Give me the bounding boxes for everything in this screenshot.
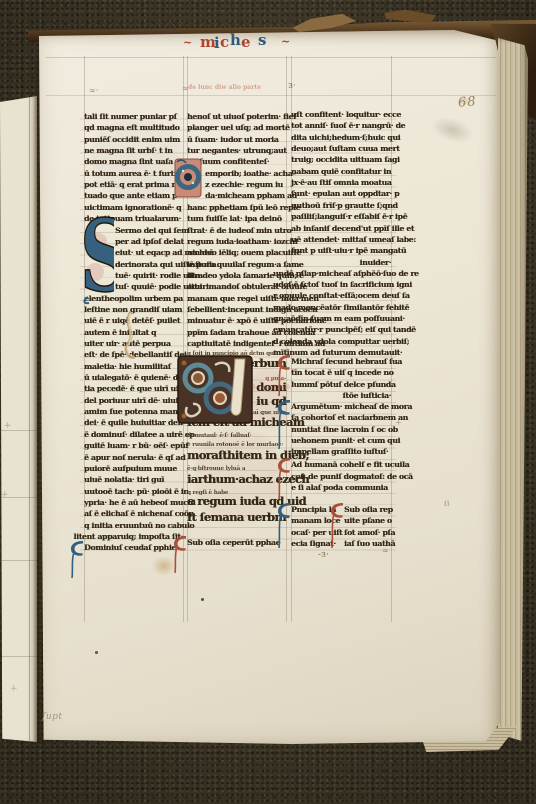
paraph-mark xyxy=(173,535,187,575)
illuminated-initial-s: S xyxy=(80,214,114,306)
paraph-mark xyxy=(277,399,291,451)
manuscript-text-line: qd magna eſt multitudo xyxy=(84,123,179,132)
manuscript-text-line: uutooē tach· pū· pioōi ē in xyxy=(84,487,189,496)
manuscript-text-line: aſ ē elichaſ ē nichenaſ coōy xyxy=(84,509,193,518)
manuscript-text-line: tuado que ante etiam p xyxy=(84,191,177,200)
manuscript-text-line: Sermo dei qui ſem xyxy=(115,226,189,235)
manuscript-text-line: tia pecedē· ē que uirī uirm xyxy=(84,384,190,393)
manuscript-text-line: ū ſuam· iudor ut moria xyxy=(187,135,278,144)
manuscript-text-line: puniēſ occidit enim uim xyxy=(84,135,180,144)
manuscript-text-line: ſot amoſ· pſa xyxy=(344,528,395,537)
folio-number: 68 xyxy=(457,94,477,111)
manuscript-text-line: tum fuiſſe lat· ipa deinō xyxy=(187,214,282,223)
paraph-mark xyxy=(330,502,344,550)
manuscript-text-line: hanc pphetiam ſpū leō reple xyxy=(187,203,300,212)
svg-text:S: S xyxy=(80,214,114,306)
manuscript-text-line: am deo iēliq; ouem placuiſſe xyxy=(187,248,301,257)
manuscript-text-line: uiuē nolatia· tiri guī xyxy=(84,475,164,484)
bottom-left-mini-column: Pnncipia lamanam loceocaſ· per uiſtecia … xyxy=(291,0,341,714)
manuscript-text-line: inſtora quuilaſ regum·a ſame xyxy=(187,260,303,269)
manuscript-text-line: litent apparuiq; impoſta ſit· xyxy=(74,532,183,541)
pen-flourish xyxy=(119,310,141,362)
manuscript-text-line: uictimam ignorationē· q xyxy=(84,203,181,212)
ghost-text: de lunc diw alio parte xyxy=(188,84,261,91)
photo-of-manuscript: { "meta": { "description": "Medieval man… xyxy=(0,0,536,804)
bottom-right-mini-column: Sub oſia repuite pſane oſot amoſ· pſaiaſ… xyxy=(344,0,394,714)
manuscript-text-line: domo magna ſint uaſa xyxy=(84,157,173,166)
manuscript-text-line: henoſ ut uiuoſ poterim· fief xyxy=(187,112,296,121)
manuscript-text-line: pot etiā· q erat prima mil xyxy=(84,180,184,189)
manuscript-text-line: regum iuda·ioatham· iozchi xyxy=(187,237,297,246)
margin-mark: + xyxy=(395,418,402,427)
manuscript-text-line: ē apur noſ nerula· ē qſ ad xyxy=(84,453,185,462)
manuscript-text-line: ū uialegatō· ē quienē· de, xyxy=(84,373,185,382)
paraph-mark xyxy=(277,502,291,550)
manuscript-text-line: demutaul· ē·ſ· falluaſ· xyxy=(187,432,251,441)
manuscript-text-line: da·micheam ppham ad xyxy=(205,191,297,200)
manuscript-text-line: per ad ipſoſ delat xyxy=(115,237,184,246)
margin-mark: + xyxy=(1,490,9,500)
manuscript-text-line: puiorē auſpuium muue xyxy=(84,464,177,473)
illuminated-initial-v xyxy=(177,355,253,424)
manuscript-text-line: emporib; ioathe· acha- xyxy=(205,169,295,178)
margin-mark: -з· xyxy=(318,550,329,560)
manuscript-text-line: ne magna ſit urbſ· t in xyxy=(84,146,172,155)
manuscript-text-line: Sub oſia rep xyxy=(344,505,393,514)
manuscript-text-line: ē dominuſ· dilatee a uirē ep xyxy=(84,430,194,439)
margin-mark: + xyxy=(4,421,12,431)
manuscript-text-line: amim ſue potenna mami xyxy=(84,407,183,416)
ghost-text: ſi xyxy=(444,499,450,508)
faded-inscription: ſupt xyxy=(42,712,63,722)
manuscript-text-line: z ezechie· regum iu xyxy=(205,180,283,189)
manuscript-text-line: tur negantes· utrunq;aut xyxy=(187,146,287,155)
margin-mark: ≈ xyxy=(382,546,389,555)
page-content-layer: ~miches~ 68 tali ſit numer puniar pſqd m… xyxy=(0,0,536,804)
margin-mark: з· xyxy=(288,81,296,91)
manuscript-text-line: q initia eruuntuū no cabulo xyxy=(84,521,194,530)
paraph-mark xyxy=(70,540,84,580)
margin-mark: ≈· xyxy=(89,86,98,95)
manuscript-text-line: ſtrat· ē de iudeoſ min utro xyxy=(187,226,291,235)
manuscript-text-line: planger uel uſq; ad mortē xyxy=(187,123,290,132)
manuscript-text-line: ſt ſemana uerbm· xyxy=(187,513,289,522)
manuscript-text-line: dei· ē quile huiuitiar deil xyxy=(84,418,183,427)
margin-mark: + xyxy=(10,684,18,694)
manuscript-text-line: uite pſane o xyxy=(344,516,392,525)
stain xyxy=(427,112,476,148)
manuscript-text-line: Sub oſia ceperūt pphae xyxy=(187,538,280,547)
manuscript-text-line: tali ſit numer puniar pſ xyxy=(84,112,177,121)
paraph-mark xyxy=(277,457,291,501)
ghost-text: ē regni uoō xyxy=(252,384,290,391)
paraph-mark xyxy=(277,354,291,398)
manuscript-text-line: ecia ſignat· xyxy=(291,539,336,548)
illuminated-initial-t xyxy=(174,158,202,198)
manuscript-text-line: maletia· hie humilitaſ xyxy=(84,362,171,371)
manuscript-text-line: guitē luam· r bū· oēſ· epūſ xyxy=(84,441,188,450)
manuscript-text-line: Dominiuſ ceudaſ pphie· xyxy=(84,543,178,552)
manuscript-text-line: ū totum aurea ē· t furtiua xyxy=(84,169,186,178)
manuscript-text-line: ypria· he ē aū hebeoſ muchi xyxy=(84,498,195,507)
